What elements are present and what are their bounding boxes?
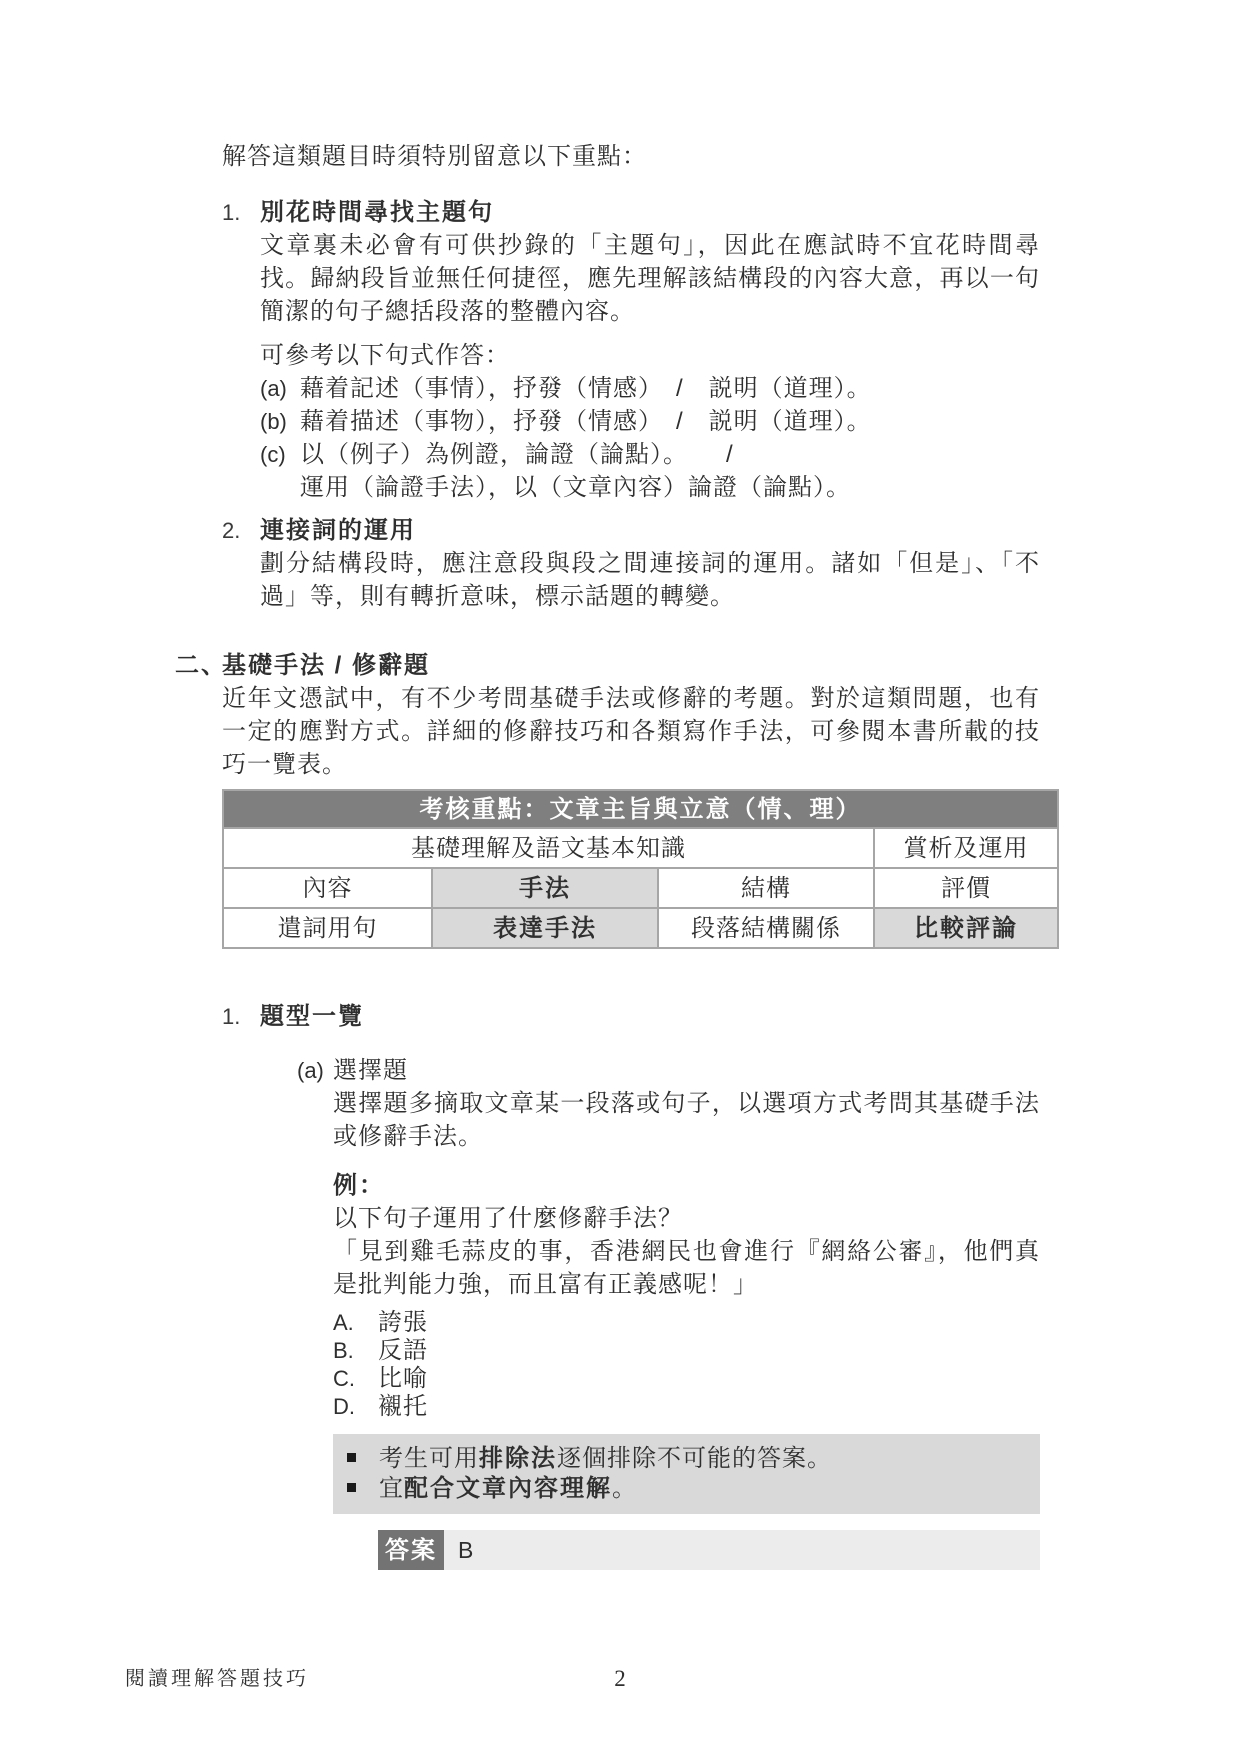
sub-item-title: 選擇題 [333,1054,1040,1087]
option-a: A. 誇張 [333,1309,1040,1337]
pattern-label: (a) [260,372,300,405]
item-number: 1. [222,196,260,504]
hint-line: 可參考以下句式作答： [260,339,1040,372]
pattern-text: 以（例子）為例證，論證（論點）。 / [300,438,734,471]
example-label: 例： [333,1169,1040,1202]
note-item: 宜配合文章內容理解。 [333,1474,1026,1504]
option-text: 反語 [378,1337,428,1365]
table-cell: 內容 [223,868,432,908]
section-body: 近年文憑試中，有不少考問基礎手法或修辭的考題。對於這類問題，也有一定的應對方式。… [222,682,1040,781]
item-content: 連接詞的運用 劃分結構段時，應注意段與段之間連接詞的運用。諸如「但是」、「不過」… [260,514,1040,613]
options-list: A. 誇張 B. 反語 C. 比喻 D. 襯托 [333,1309,1040,1421]
table-cell-highlighted: 手法 [432,868,658,908]
section-heading: 二、 基礎手法 / 修辭題 [175,649,1240,682]
bullet-square-icon [333,1444,379,1474]
pattern-text: 藉着描述（事物），抒發（情感） / 説明（道理）。 [300,405,872,438]
sub-item-label: (a) [297,1054,333,1570]
item-body: 文章裏未必會有可供抄錄的「主題句」，因此在應試時不宜花時間尋找。歸納段旨並無任何… [260,229,1040,328]
document-page: 解答這類題目時須特別留意以下重點： 1. 別花時間尋找主題句 文章裏未必會有可供… [0,0,1240,1755]
pattern-row-c: (c) 以（例子）為例證，論證（論點）。 / [260,438,1040,471]
note-text-post: 。 [612,1475,637,1502]
note-text: 考生可用排除法逐個排除不可能的答案。 [379,1444,832,1474]
table-cell: 結構 [658,868,874,908]
note-text-pre: 考生可用 [379,1445,479,1472]
assessment-table: 考核重點：文章主旨與立意（情、理） 基礎理解及語文基本知識 賞析及運用 內容 手… [222,789,1059,949]
option-letter: A. [333,1309,378,1337]
answer-label: 答案 [378,1530,444,1570]
option-d: D. 襯托 [333,1393,1040,1421]
option-letter: B. [333,1337,378,1365]
item-title: 連接詞的運用 [260,514,1040,547]
subsection-heading: 1. 題型一覽 [222,1000,1240,1033]
sub-item-a: (a) 選擇題 選擇題多摘取文章某一段落或句子，以選項方式考問其基礎手法或修辭手… [297,1054,1240,1570]
notes-box: 考生可用排除法逐個排除不可能的答案。 宜配合文章內容理解。 [333,1434,1040,1514]
list-item-2: 2. 連接詞的運用 劃分結構段時，應注意段與段之間連接詞的運用。諸如「但是」、「… [222,514,1240,613]
intro-text: 解答這類題目時須特別留意以下重點： [222,140,1240,173]
note-text-bold: 排除法 [479,1445,557,1472]
pattern-row-b: (b) 藉着描述（事物），抒發（情感） / 説明（道理）。 [260,405,1040,438]
option-text: 比喻 [378,1365,428,1393]
page-number: 2 [0,1662,1240,1695]
example-quote: 「見到雞毛蒜皮的事，香港網民也會進行『網絡公審』，他們真是批判能力強，而且富有正… [333,1235,1040,1301]
note-text-pre: 宜 [379,1475,404,1502]
table-group-cell: 賞析及運用 [874,828,1058,868]
list-item-1: 1. 別花時間尋找主題句 文章裏未必會有可供抄錄的「主題句」，因此在應試時不宜花… [222,196,1240,504]
example-block: 例： 以下句子運用了什麼修辭手法？ 「見到雞毛蒜皮的事，香港網民也會進行『網絡公… [333,1169,1040,1301]
pattern-label: (b) [260,405,300,438]
table-cell-highlighted: 表達手法 [432,908,658,948]
option-letter: C. [333,1365,378,1393]
note-text: 宜配合文章內容理解。 [379,1474,637,1504]
note-item: 考生可用排除法逐個排除不可能的答案。 [333,1444,1026,1474]
bullet-square-icon [333,1474,379,1504]
item-content: 別花時間尋找主題句 文章裏未必會有可供抄錄的「主題句」，因此在應試時不宜花時間尋… [260,196,1040,504]
table-title-cell: 考核重點：文章主旨與立意（情、理） [223,790,1058,828]
table-cell: 遣詞用句 [223,908,432,948]
subsection-number: 1. [222,1000,260,1033]
option-c: C. 比喻 [333,1365,1040,1393]
note-text-post: 逐個排除不可能的答案。 [557,1445,832,1472]
option-letter: D. [333,1393,378,1421]
answer-block: 答案 B [378,1530,1040,1570]
section-number: 二、 [175,649,222,682]
sub-item-content: 選擇題 選擇題多摘取文章某一段落或句子，以選項方式考問其基礎手法或修辭手法。 例… [333,1054,1040,1570]
pattern-row-a: (a) 藉着記述（事情），抒發（情感） / 説明（道理）。 [260,372,1040,405]
item-title: 別花時間尋找主題句 [260,196,1040,229]
note-text-bold: 配合文章內容理解 [404,1475,612,1502]
pattern-text-continuation: 運用（論證手法），以（文章內容）論證（論點）。 [300,471,1040,504]
table-group-cell: 基礎理解及語文基本知識 [223,828,874,868]
table-cell: 段落結構關係 [658,908,874,948]
table-cell-highlighted: 比較評論 [874,908,1058,948]
pattern-text: 藉着記述（事情），抒發（情感） / 説明（道理）。 [300,372,872,405]
answer-value: B [444,1530,1040,1570]
option-text: 誇張 [378,1309,428,1337]
option-b: B. 反語 [333,1337,1040,1365]
item-body: 劃分結構段時，應注意段與段之間連接詞的運用。諸如「但是」、「不過」等，則有轉折意… [260,547,1040,613]
table-cell: 評價 [874,868,1058,908]
section-title: 基礎手法 / 修辭題 [222,649,430,682]
option-text: 襯托 [378,1393,428,1421]
item-number: 2. [222,514,260,613]
subsection-title: 題型一覽 [260,1000,364,1033]
sub-item-body: 選擇題多摘取文章某一段落或句子，以選項方式考問其基礎手法或修辭手法。 [333,1087,1040,1153]
example-question: 以下句子運用了什麼修辭手法？ [333,1202,1040,1235]
pattern-label: (c) [260,438,300,471]
